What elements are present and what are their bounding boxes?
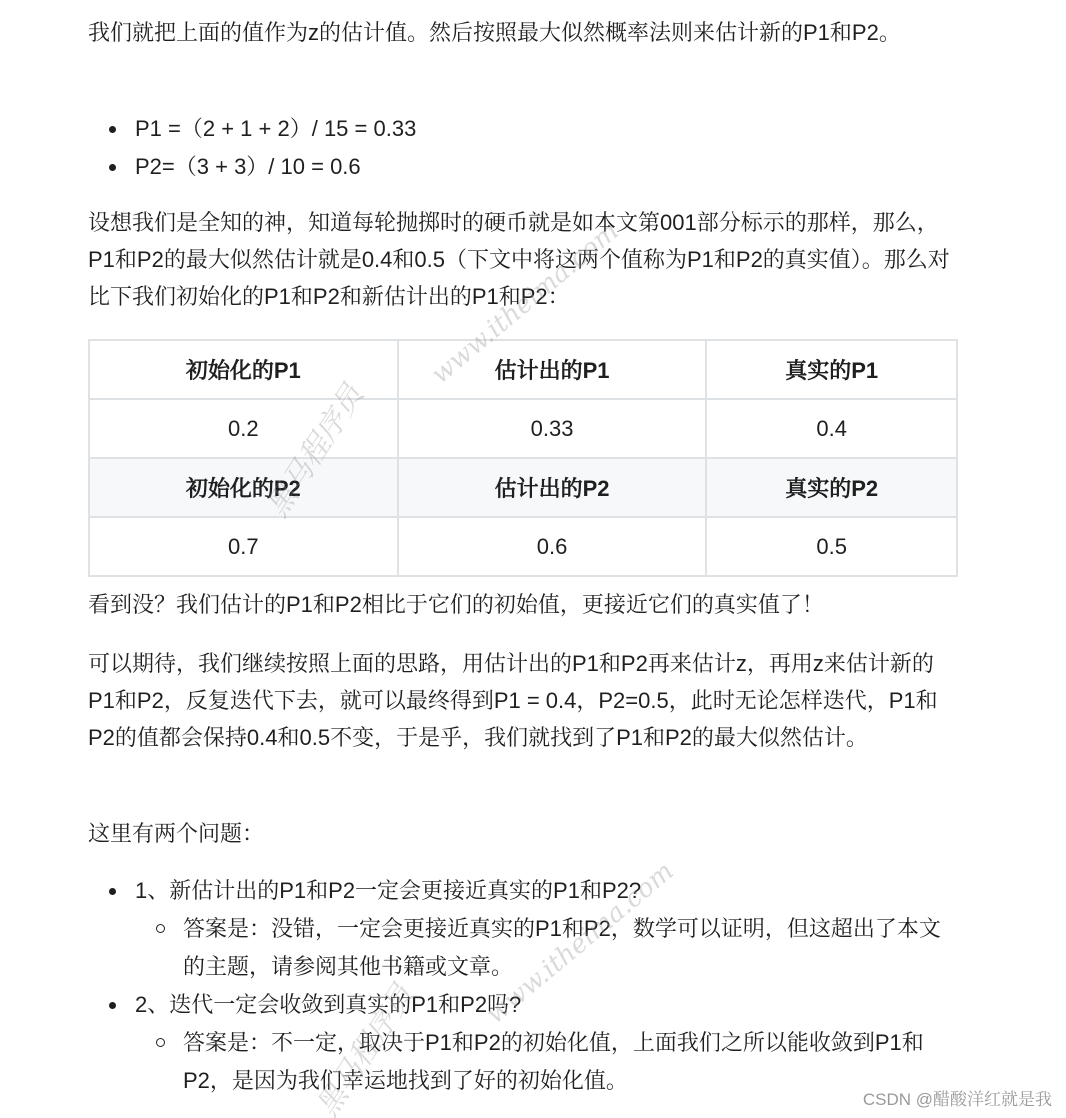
- question-text: 2、迭代一定会收敛到真实的P1和P2吗?: [135, 992, 521, 1017]
- table-cell: 估计出的P2: [398, 458, 707, 517]
- table-cell: 0.5: [706, 517, 957, 576]
- table-cell: 真实的P2: [706, 458, 957, 517]
- intro-paragraph: 我们就把上面的值作为z的估计值。然后按照最大似然概率法则来估计新的P1和P2。: [88, 14, 960, 51]
- answer-list: 答案是：没错，一定会更接近真实的P1和P2，数学可以证明，但这超出了本文的主题，…: [88, 910, 945, 986]
- comparison-table: 初始化的P1 估计出的P1 真实的P1 0.2 0.33 0.4 初始化的P2 …: [88, 339, 958, 577]
- questions-intro: 这里有两个问题：: [88, 815, 960, 852]
- question-text: 1、新估计出的P1和P2一定会更接近真实的P1和P2?: [135, 878, 641, 903]
- table-row: 0.2 0.33 0.4: [89, 399, 957, 458]
- formula-list: P1 =（2 + 1 + 2）/ 15 = 0.33 P2=（3 + 3）/ 1…: [88, 110, 416, 186]
- table-cell: 真实的P1: [706, 340, 957, 399]
- answer-list: 答案是：不一定，取决于P1和P2的初始化值，上面我们之所以能收敛到P1和P2，是…: [88, 1024, 945, 1100]
- csdn-credit: CSDN @醋酸洋红就是我: [863, 1085, 1052, 1110]
- answer-item: 答案是：不一定，取决于P1和P2的初始化值，上面我们之所以能收敛到P1和P2，是…: [135, 1024, 945, 1100]
- table-cell: 0.4: [706, 399, 957, 458]
- formula-item: P1 =（2 + 1 + 2）/ 15 = 0.33: [88, 110, 416, 148]
- table-cell: 0.7: [89, 517, 398, 576]
- iteration-paragraph: 可以期待，我们继续按照上面的思路，用估计出的P1和P2再来估计z，再用z来估计新…: [88, 645, 960, 756]
- table-row: 0.7 0.6 0.5: [89, 517, 957, 576]
- observation-paragraph: 看到没？我们估计的P1和P2相比于它们的初始值，更接近它们的真实值了！: [88, 586, 960, 623]
- table-cell: 0.6: [398, 517, 707, 576]
- table-cell: 0.33: [398, 399, 707, 458]
- table-cell: 初始化的P2: [89, 458, 398, 517]
- table-header-row: 初始化的P1 估计出的P1 真实的P1: [89, 340, 957, 399]
- table-header-row: 初始化的P2 估计出的P2 真实的P2: [89, 458, 957, 517]
- formula-item: P2=（3 + 3）/ 10 = 0.6: [88, 148, 416, 186]
